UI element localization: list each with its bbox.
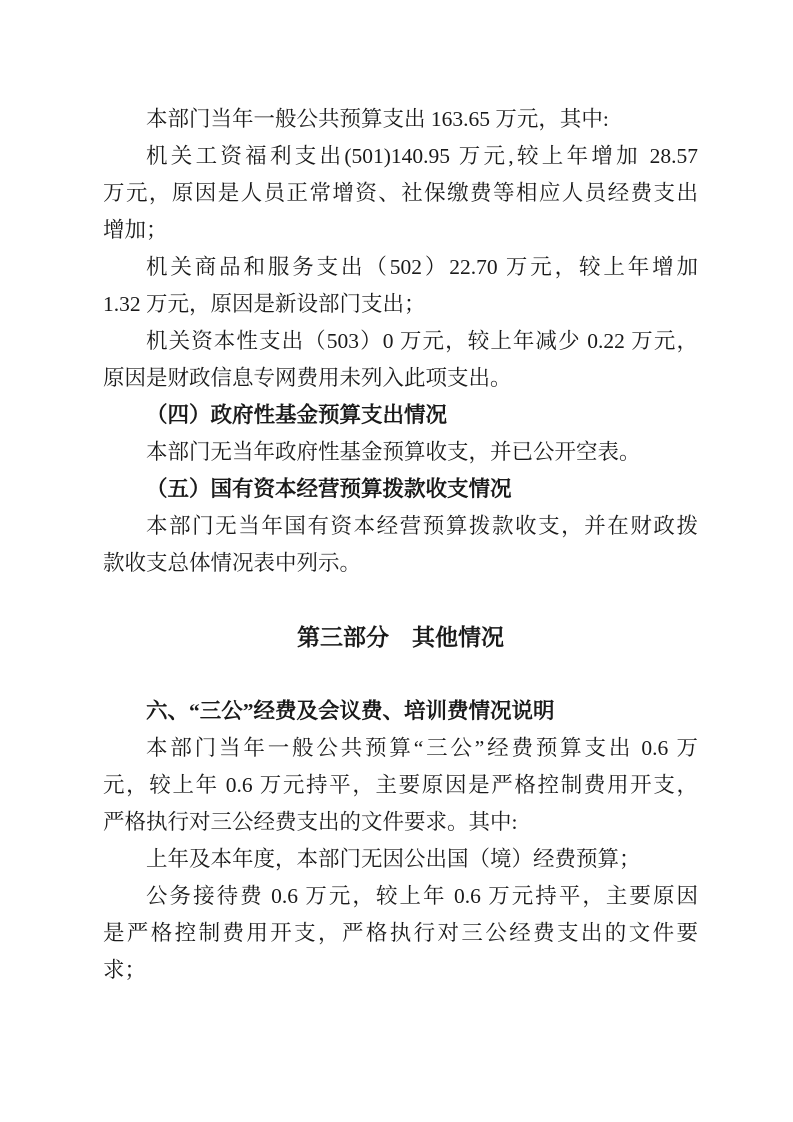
subsection-heading: （四）政府性基金预算支出情况 (103, 397, 698, 434)
text-line: 严格执行对三公经费支出的文件要求。其中: (103, 804, 698, 841)
text-line: 机关工资福利支出(501)140.95 万元,较上年增加 28.57 (103, 138, 698, 175)
text-line: 机关商品和服务支出（502）22.70 万元，较上年增加 (103, 249, 698, 286)
text-line: 求； (103, 952, 698, 989)
subsection-heading: （五）国有资本经营预算拨款收支情况 (103, 471, 698, 508)
body-paragraph: 本部门当年一般公共预算支出 163.65 万元，其中: (103, 101, 698, 138)
text-line: 原因是财政信息专网费用未列入此项支出。 (103, 360, 698, 397)
text-line: 公务接待费 0.6 万元，较上年 0.6 万元持平，主要原因 (103, 878, 698, 915)
body-paragraph: 机关工资福利支出(501)140.95 万元,较上年增加 28.57万元，原因是… (103, 138, 698, 249)
text-line: 元，较上年 0.6 万元持平，主要原因是严格控制费用开支， (103, 767, 698, 804)
text-line: 1.32 万元，原因是新设部门支出； (103, 286, 698, 323)
section-title: 第三部分 其他情况 (103, 619, 698, 656)
text-line: 款收支总体情况表中列示。 (103, 545, 698, 582)
body-paragraph: 机关资本性支出（503）0 万元，较上年减少 0.22 万元，原因是财政信息专网… (103, 323, 698, 397)
text-line: 本部门无当年国有资本经营预算拨款收支，并在财政拨 (103, 508, 698, 545)
text-line: 本部门当年一般公共预算“三公”经费预算支出 0.6 万 (103, 730, 698, 767)
blank-line (103, 656, 698, 693)
document-content: 本部门当年一般公共预算支出 163.65 万元，其中:机关工资福利支出(501)… (103, 101, 698, 989)
text-line: 上年及本年度，本部门无因公出国（境）经费预算； (103, 841, 698, 878)
blank-line (103, 582, 698, 619)
body-paragraph: 上年及本年度，本部门无因公出国（境）经费预算； (103, 841, 698, 878)
body-paragraph: 本部门无当年国有资本经营预算拨款收支，并在财政拨款收支总体情况表中列示。 (103, 508, 698, 582)
text-line: 万元，原因是人员正常增资、社保缴费等相应人员经费支出 (103, 175, 698, 212)
text-line: （四）政府性基金预算支出情况 (103, 397, 698, 434)
subsection-heading: 六、“三公”经费及会议费、培训费情况说明 (103, 693, 698, 730)
text-line: 第三部分 其他情况 (103, 619, 698, 656)
body-paragraph: 本部门当年一般公共预算“三公”经费预算支出 0.6 万元，较上年 0.6 万元持… (103, 730, 698, 841)
text-line: 增加； (103, 212, 698, 249)
text-line: （五）国有资本经营预算拨款收支情况 (103, 471, 698, 508)
text-line: 机关资本性支出（503）0 万元，较上年减少 0.22 万元， (103, 323, 698, 360)
text-line: 六、“三公”经费及会议费、培训费情况说明 (103, 693, 698, 730)
body-paragraph: 公务接待费 0.6 万元，较上年 0.6 万元持平，主要原因是严格控制费用开支，… (103, 878, 698, 989)
text-line: 本部门无当年政府性基金预算收支，并已公开空表。 (103, 434, 698, 471)
body-paragraph: 本部门无当年政府性基金预算收支，并已公开空表。 (103, 434, 698, 471)
text-line: 本部门当年一般公共预算支出 163.65 万元，其中: (103, 101, 698, 138)
body-paragraph: 机关商品和服务支出（502）22.70 万元，较上年增加1.32 万元，原因是新… (103, 249, 698, 323)
text-line: 是严格控制费用开支，严格执行对三公经费支出的文件要 (103, 915, 698, 952)
